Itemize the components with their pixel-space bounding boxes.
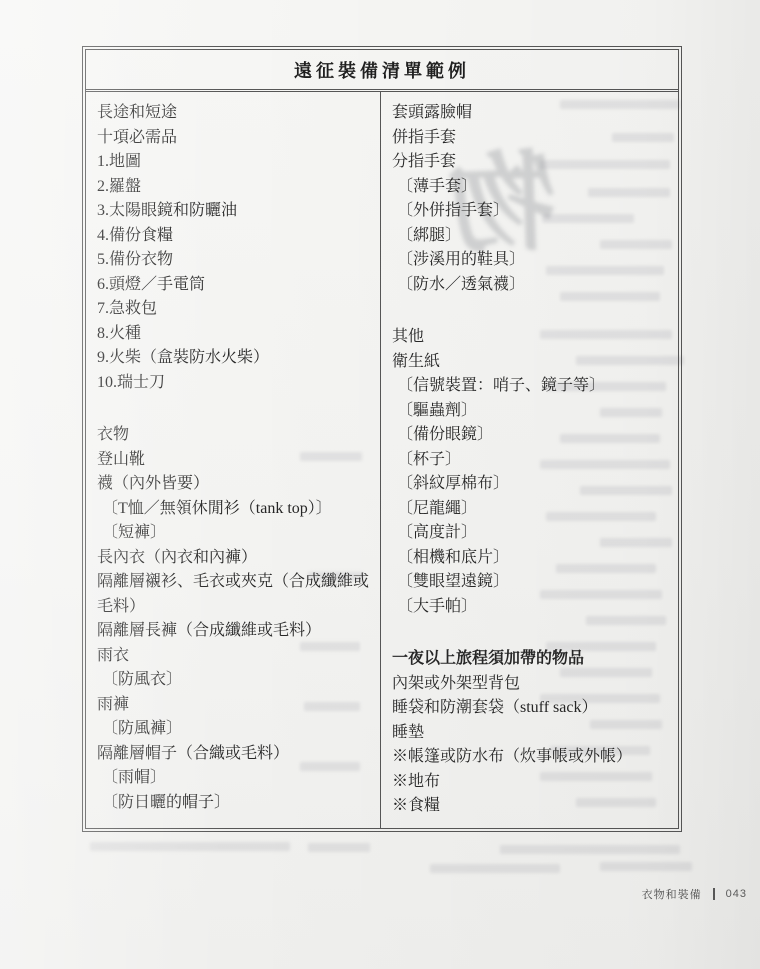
checklist-item: 睡墊 — [392, 721, 670, 746]
checklist-item: 4.備份食糧 — [97, 224, 372, 249]
table-body: 長途和短途十項必需品1.地圖2.羅盤3.太陽眼鏡和防曬油4.備份食糧5.備份衣物… — [86, 92, 678, 828]
section-header: 其他 — [392, 325, 670, 350]
checklist-item: 〔防風褲〕 — [97, 717, 372, 742]
checklist-item: 長內衣（內衣和內褲） — [97, 546, 372, 571]
scanned-book-page: 物 遠征裝備清單範例 長途和短途十項必需品1.地圖2.羅盤3.太陽眼鏡和防曬油4… — [0, 0, 760, 969]
checklist-item: 〔斜紋厚棉布〕 — [392, 472, 670, 497]
table-inner-border: 遠征裝備清單範例 長途和短途十項必需品1.地圖2.羅盤3.太陽眼鏡和防曬油4.備… — [85, 49, 679, 829]
checklist-item: 隔離層帽子（合織或毛料） — [97, 742, 372, 767]
right-column: 套頭露臉帽併指手套分指手套〔薄手套〕〔外併指手套〕〔綁腿〕〔涉溪用的鞋具〕〔防水… — [380, 92, 678, 828]
checklist-item: 登山靴 — [97, 448, 372, 473]
checklist-item: 分指手套 — [392, 150, 670, 175]
checklist-item: 雨衣 — [97, 644, 372, 669]
checklist-block: 長途和短途十項必需品1.地圖2.羅盤3.太陽眼鏡和防曬油4.備份食糧5.備份衣物… — [97, 101, 372, 395]
checklist-item: 套頭露臉帽 — [392, 101, 670, 126]
checklist-item: 〔尼龍繩〕 — [392, 497, 670, 522]
checklist-item: 〔短褲〕 — [97, 521, 372, 546]
checklist-item: 〔防水／透氣襪〕 — [392, 273, 670, 298]
checklist-item: 雨褲 — [97, 693, 372, 718]
bleed-through-line — [90, 842, 290, 851]
checklist-item: 〔相機和底片〕 — [392, 546, 670, 571]
checklist-item: 內架或外架型背包 — [392, 672, 670, 697]
checklist-item: 襪（內外皆要） — [97, 472, 372, 497]
checklist-item: 〔杯子〕 — [392, 448, 670, 473]
bleed-through-line — [500, 845, 680, 854]
checklist-item: 〔雙眼望遠鏡〕 — [392, 570, 670, 595]
checklist-item: 〔防風衣〕 — [97, 668, 372, 693]
section-header: 十項必需品 — [97, 126, 372, 151]
checklist-block: 一夜以上旅程須加帶的物品內架或外架型背包睡袋和防潮套袋（stuff sack）睡… — [392, 647, 670, 819]
bleed-through-line — [430, 864, 560, 873]
checklist-block: 套頭露臉帽併指手套分指手套〔薄手套〕〔外併指手套〕〔綁腿〕〔涉溪用的鞋具〕〔防水… — [392, 101, 670, 297]
checklist-item: 〔綁腿〕 — [392, 224, 670, 249]
checklist-item: 〔防日曬的帽子〕 — [97, 791, 372, 816]
checklist-item: ※帳篷或防水布（炊事帳或外帳） — [392, 745, 670, 770]
bleed-through-line — [308, 843, 370, 852]
section-header: 一夜以上旅程須加帶的物品 — [392, 647, 670, 672]
checklist-item: 2.羅盤 — [97, 175, 372, 200]
checklist-item: 〔T恤／無領休閒衫（tank top）〕 — [97, 497, 372, 522]
checklist-item: 〔信號裝置：哨子、鏡子等〕 — [392, 374, 670, 399]
checklist-item: 5.備份衣物 — [97, 248, 372, 273]
checklist-item: 3.太陽眼鏡和防曬油 — [97, 199, 372, 224]
checklist-item: 8.火種 — [97, 322, 372, 347]
checklist-item: 〔高度計〕 — [392, 521, 670, 546]
footer-section-label: 衣物和裝備 — [642, 886, 702, 902]
checklist-item: 1.地圖 — [97, 150, 372, 175]
checklist-item: 7.急救包 — [97, 297, 372, 322]
equipment-checklist-table: 遠征裝備清單範例 長途和短途十項必需品1.地圖2.羅盤3.太陽眼鏡和防曬油4.備… — [82, 46, 682, 832]
checklist-item: 〔驅蟲劑〕 — [392, 399, 670, 424]
checklist-item: 〔備份眼鏡〕 — [392, 423, 670, 448]
checklist-item: 〔大手帕〕 — [392, 595, 670, 620]
checklist-item: 睡袋和防潮套袋（stuff sack） — [392, 696, 670, 721]
checklist-item: ※食糧 — [392, 794, 670, 819]
checklist-item: 〔涉溪用的鞋具〕 — [392, 248, 670, 273]
checklist-item: 隔離層長褲（合成纖維或毛料） — [97, 619, 372, 644]
checklist-item: 〔薄手套〕 — [392, 175, 670, 200]
checklist-item: ※地布 — [392, 770, 670, 795]
checklist-item: 〔雨帽〕 — [97, 766, 372, 791]
checklist-block: 衣物登山靴襪（內外皆要）〔T恤／無領休閒衫（tank top）〕〔短褲〕長內衣（… — [97, 423, 372, 815]
checklist-item: 〔外併指手套〕 — [392, 199, 670, 224]
checklist-block: 其他衛生紙〔信號裝置：哨子、鏡子等〕〔驅蟲劑〕〔備份眼鏡〕〔杯子〕〔斜紋厚棉布〕… — [392, 325, 670, 619]
checklist-item: 6.頭燈／手電筒 — [97, 273, 372, 298]
left-column: 長途和短途十項必需品1.地圖2.羅盤3.太陽眼鏡和防曬油4.備份食糧5.備份衣物… — [86, 92, 380, 828]
checklist-item: 衛生紙 — [392, 350, 670, 375]
checklist-item: 10.瑞士刀 — [97, 371, 372, 396]
table-title: 遠征裝備清單範例 — [86, 50, 678, 92]
checklist-item: 隔離層襯衫、毛衣或夾克（合成纖維或毛料） — [97, 570, 372, 619]
footer-divider — [713, 888, 715, 900]
page-footer: 衣物和裝備 043 — [642, 886, 747, 902]
bleed-through-line — [600, 862, 692, 871]
footer-page-number: 043 — [726, 888, 747, 900]
checklist-item: 併指手套 — [392, 126, 670, 151]
section-header: 衣物 — [97, 423, 372, 448]
checklist-item: 9.火柴（盒裝防水火柴） — [97, 346, 372, 371]
section-header: 長途和短途 — [97, 101, 372, 126]
